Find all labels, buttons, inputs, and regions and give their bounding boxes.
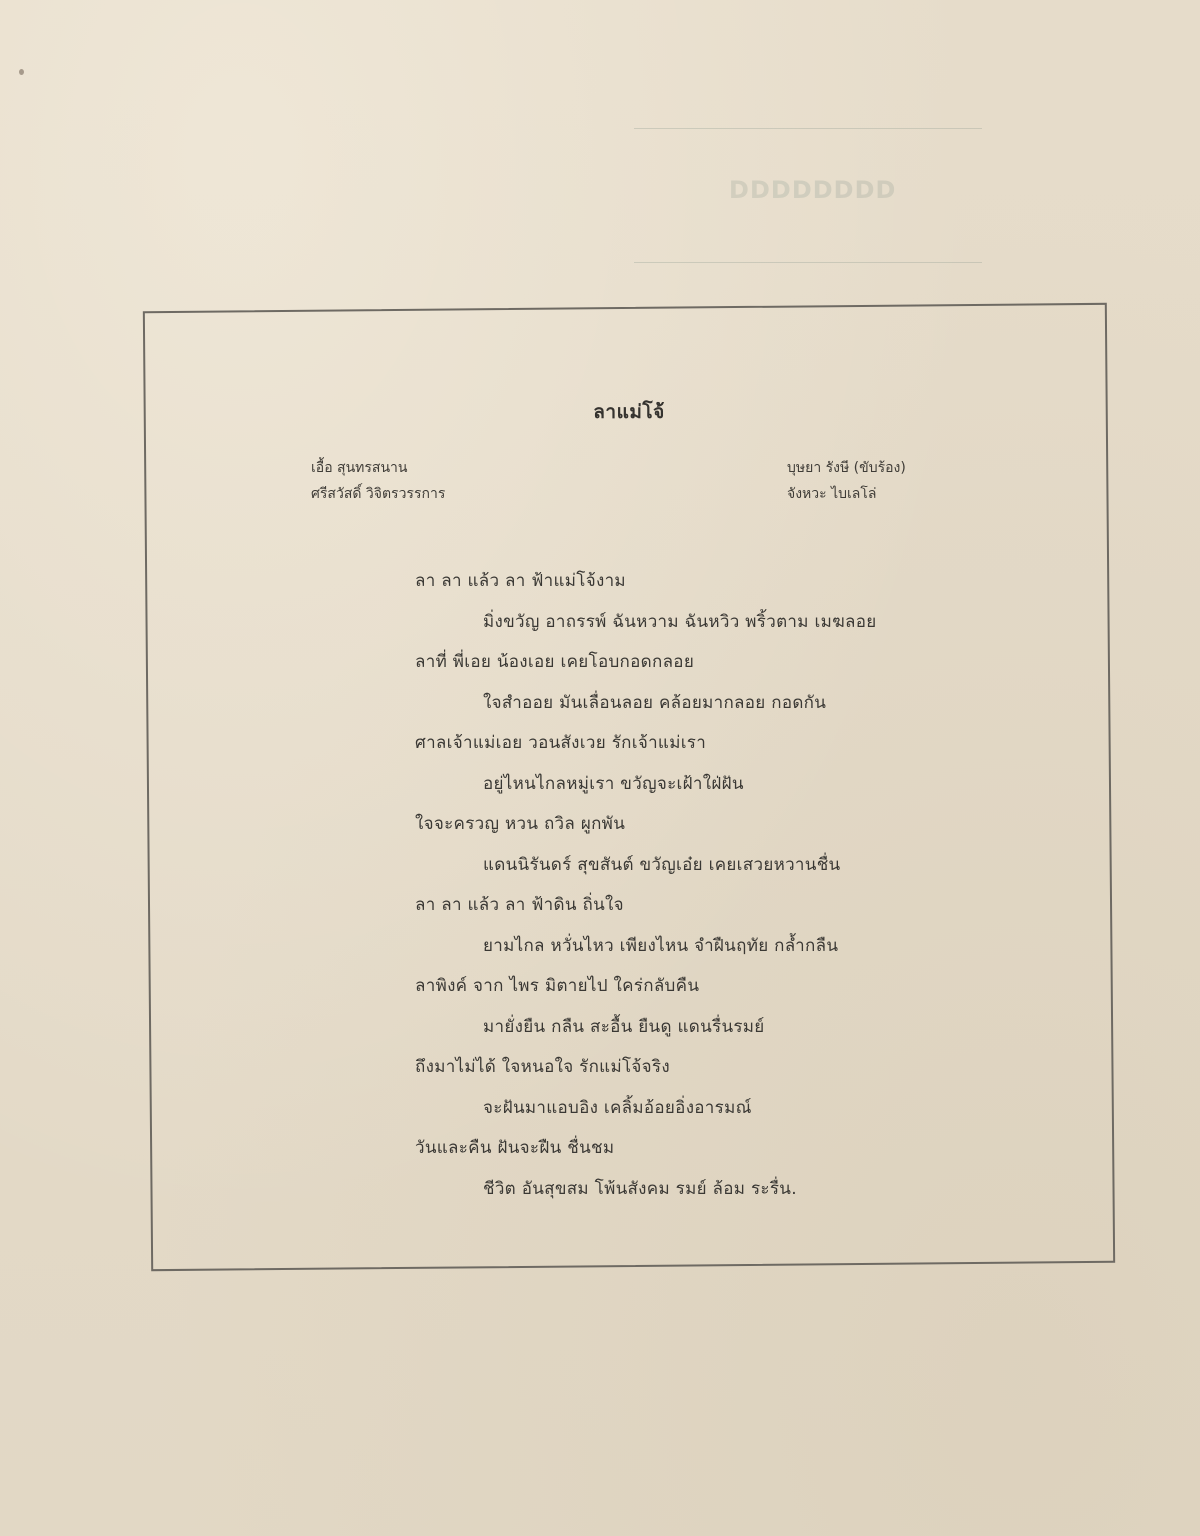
rhythm-credit: จังหวะ ไบเลโล่ [787,481,906,507]
bleed-through-rule-bottom [634,262,982,263]
credits-left: เอื้อ สุนทรสนาน ศรีสวัสดิ์ วิจิตรวรรการ [311,455,445,507]
lyric-line: ยามไกล หวั่นไหว เพียงไหน จำฝืนฤทัย กล้ำก… [415,926,1069,967]
lyric-line: ชีวิต อันสุขสม โพ้นสังคม รมย์ ล้อม ระรื่… [415,1169,1069,1210]
lyric-line: ลา ลา แล้ว ลา ฟ้าดิน ถิ่นใจ [415,885,1069,926]
bleed-through-rule-top [634,128,982,129]
lyric-line: ใจจะครวญ หวน ถวิล ผูกพัน [415,804,1069,845]
lyrics-block: ลา ลา แล้ว ลา ฟ้าแม่โจ้งาม มิ่งขวัญ อาถร… [415,561,1069,1209]
composer-name: เอื้อ สุนทรสนาน [311,455,445,481]
singer-credit: บุษยา รังษี (ขับร้อง) [787,455,906,481]
lyric-line: ศาลเจ้าแม่เอย วอนสังเวย รักเจ้าแม่เรา [415,723,1069,764]
song-title: ลาแม่โจ้ [149,397,1109,427]
paper-speck [19,69,24,75]
lyric-line: มายั่งยืน กลืน สะอื้น ยืนดู แดนรื่นรมย์ [415,1007,1069,1048]
lyric-line: แดนนิรันดร์ สุขสันต์ ขวัญเอ๋ย เคยเสวยหวา… [415,845,1069,886]
lyric-line: ลาที่ พี่เอย น้องเอย เคยโอบกอดกลอย [415,642,1069,683]
lyric-line: มิ่งขวัญ อาถรรพ์ ฉันหวาม ฉันหวิว พริ้วตา… [415,602,1069,643]
lyric-line: วันและคืน ฝันจะฝืน ชื่นชม [415,1128,1069,1169]
bleed-through-text: ᗡᗡᗡᗡᗡᗡᗡᗡ [728,176,895,204]
credits-right: บุษยา รังษี (ขับร้อง) จังหวะ ไบเลโล่ [787,455,906,507]
lyric-line: ใจสำออย มันเลื่อนลอย คล้อยมากลอย กอดกัน [415,683,1069,724]
lyrics-frame: ลาแม่โจ้ เอื้อ สุนทรสนาน ศรีสวัสดิ์ วิจิ… [143,303,1115,1271]
lyric-line: ลา ลา แล้ว ลา ฟ้าแม่โจ้งาม [415,561,1069,602]
lyric-line: อยู่ไหนไกลหมู่เรา ขวัญจะเฝ้าใฝ่ฝัน [415,764,1069,805]
lyric-line: จะฝันมาแอบอิง เคลิ้มอ้อยอิ่งอารมณ์ [415,1088,1069,1129]
lyric-line: ถึงมาไม่ได้ ใจหนอใจ รักแม่โจ้จริง [415,1047,1069,1088]
lyricist-name: ศรีสวัสดิ์ วิจิตรวรรการ [311,481,445,507]
scanned-page: ᗡᗡᗡᗡᗡᗡᗡᗡ ลาแม่โจ้ เอื้อ สุนทรสนาน ศรีสวั… [0,0,1200,1536]
frame-content: ลาแม่โจ้ เอื้อ สุนทรสนาน ศรีสวัสดิ์ วิจิ… [149,309,1109,1265]
lyric-line: ลาพิงค์ จาก ไพร มิตายไป ใคร่กลับคืน [415,966,1069,1007]
